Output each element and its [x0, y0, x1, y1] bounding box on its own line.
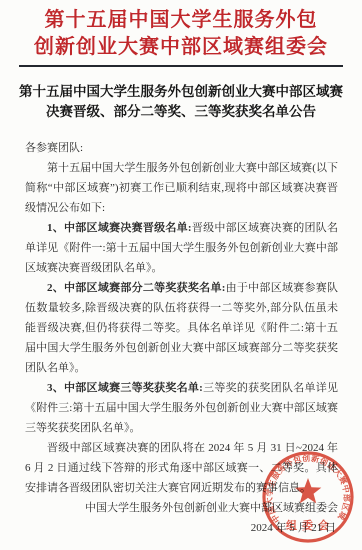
announcement-document: 第十五届中国大学生服务外包 创新创业大赛中部区域赛组委会 第十五届中国大学生服务…	[0, 0, 362, 550]
list-item-1-heading: 1、中部区域赛决赛晋级名单:	[47, 222, 192, 234]
intro-paragraph: 第十五届中国大学生服务外包创新创业大赛中部区域赛(以下简称“中部区域赛”)初赛工…	[25, 158, 338, 218]
list-item-2: 2、中部区域赛部分二等奖获奖名单:由于中部区域赛参赛队伍数量较多,除晋级决赛的队…	[25, 278, 338, 378]
closing-paragraph: 晋级中部区域赛决赛的团队将在 2024 年 5 月 31 日~2024 年 6 …	[25, 438, 338, 498]
header-divider	[19, 65, 343, 67]
document-title: 第十五届中国大学生服务外包创新创业大赛中部区域赛 决赛晋级、部分二等奖、三等奖获…	[14, 82, 348, 122]
list-item-2-text: 由于中部区域赛参赛队伍数量较多,除晋级决赛的队伍将获得一二等奖外,部分队伍虽未能…	[25, 282, 338, 374]
list-item-3-heading: 3、中部区域赛三等奖获奖名单:	[47, 382, 203, 394]
document-body: 各参赛团队: 第十五届中国大学生服务外包创新创业大赛中部区域赛(以下简称“中部区…	[25, 138, 338, 538]
issuing-org-header: 第十五届中国大学生服务外包 创新创业大赛中部区域赛组委会	[0, 0, 362, 61]
list-item-3: 3、中部区域赛三等奖获奖名单:三等奖的获奖团队名单详见《附件三:第十五届中国大学…	[25, 378, 338, 438]
org-header-line1: 第十五届中国大学生服务外包	[0, 7, 362, 34]
signature-org: 中国大学生服务外包创新创业大赛中部区域赛组委会	[25, 498, 338, 518]
list-item-2-heading: 2、中部区域赛部分二等奖获奖名单:	[47, 282, 225, 294]
document-title-line2: 决赛晋级、部分二等奖、三等奖获奖名单公告	[14, 102, 348, 122]
org-header-line2: 创新创业大赛中部区域赛组委会	[0, 34, 362, 61]
document-title-line1: 第十五届中国大学生服务外包创新创业大赛中部区域赛	[14, 82, 348, 102]
salutation: 各参赛团队:	[25, 138, 338, 158]
signature-date: 2024 年 5 月 21 日	[25, 518, 338, 538]
list-item-1: 1、中部区域赛决赛晋级名单:晋级中部区域赛决赛的团队名单详见《附件一:第十五届中…	[25, 218, 338, 278]
